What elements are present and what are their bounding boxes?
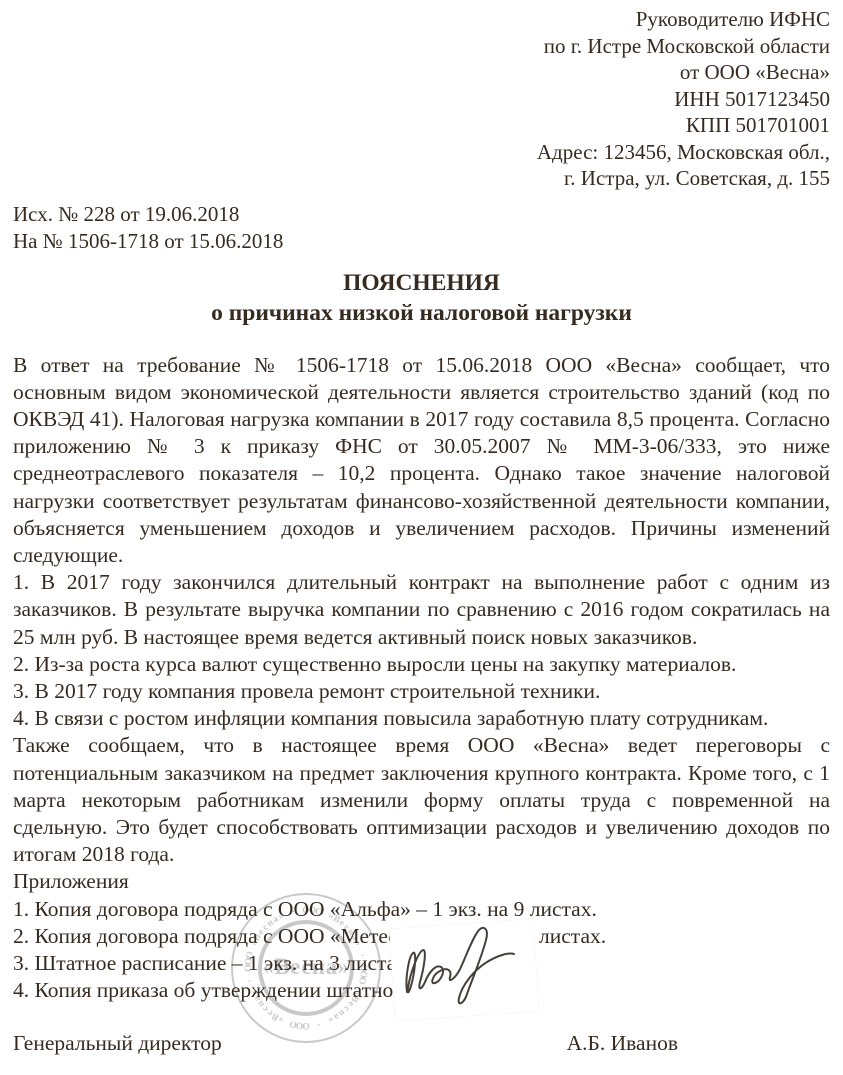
document-page: ООО «Весна» · ООО «Весна» · ООО «Весна» … (0, 0, 843, 1075)
body-paragraph: 4. В связи с ростом инфляции компания по… (13, 705, 830, 732)
recipient-block: Руководителю ИФНС по г. Истре Московской… (13, 6, 830, 192)
body-paragraph: В ответ на требование № 1506-1718 от 15.… (13, 352, 830, 570)
signature-stroke (406, 928, 514, 1003)
recipient-line: Руководителю ИФНС (13, 6, 830, 33)
recipient-line: КПП 501701001 (13, 112, 830, 139)
recipient-line: от ООО «Весна» (13, 59, 830, 86)
document-content: Руководителю ИФНС по г. Истре Московской… (0, 0, 843, 1057)
incoming-ref: На № 1506-1718 от 15.06.2018 (13, 228, 830, 255)
recipient-line: по г. Истре Московской области (13, 33, 830, 60)
recipient-line: ИНН 5017123450 (13, 86, 830, 113)
director-name: А.Б. Иванов (567, 1030, 678, 1057)
outgoing-ref: Исх. № 228 от 19.06.2018 (13, 201, 830, 228)
attachments-heading: Приложения (13, 868, 830, 895)
signature-row: Генеральный директор А.Б. Иванов (13, 1030, 830, 1057)
recipient-line: г. Истра, ул. Советская, д. 155 (13, 165, 830, 192)
body-text: В ответ на требование № 1506-1718 от 15.… (13, 352, 830, 1005)
body-paragraph: 3. В 2017 году компания провела ремонт с… (13, 678, 830, 705)
doc-subtitle: о причинах низкой налоговой нагрузки (13, 298, 830, 328)
body-paragraph: 1. В 2017 году закончился длительный кон… (13, 569, 830, 651)
recipient-line: Адрес: 123456, Московская обл., (13, 139, 830, 166)
body-paragraph: 2. Из-за роста курса валют существенно в… (13, 651, 830, 678)
title-block: ПОЯСНЕНИЯ о причинах низкой налоговой на… (13, 268, 830, 328)
signature-image (398, 916, 522, 1012)
doc-title: ПОЯСНЕНИЯ (13, 268, 830, 298)
body-paragraph: Также сообщаем, что в настоящее время ОО… (13, 732, 830, 868)
director-role-label: Генеральный директор (13, 1030, 222, 1057)
reference-block: Исх. № 228 от 19.06.2018 На № 1506-1718 … (13, 201, 830, 255)
